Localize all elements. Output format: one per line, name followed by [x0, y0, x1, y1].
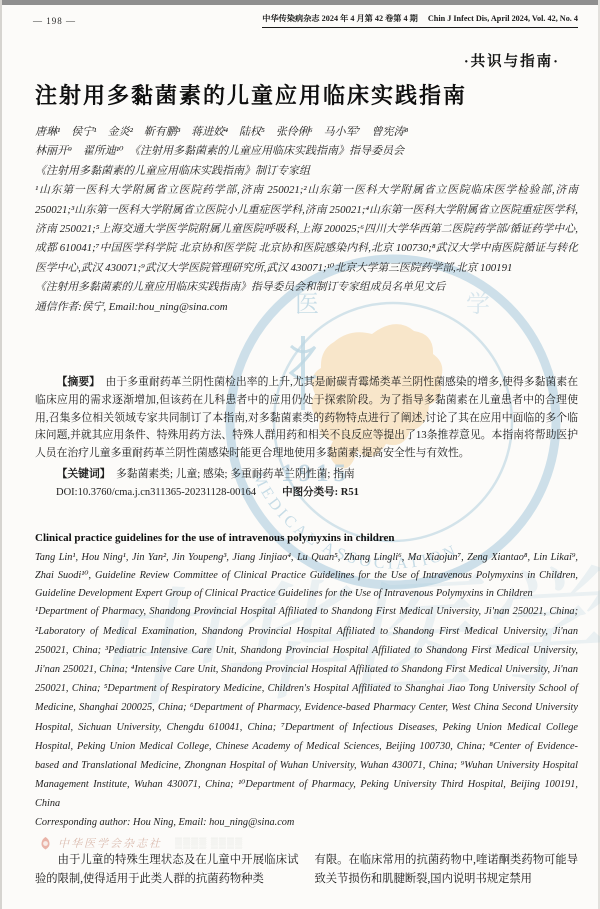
affiliations-cn: ¹山东第一医科大学附属省立医院药学部,济南 250021;²山东第一医科大学附属…: [35, 181, 578, 278]
authors-cn-line2: 林丽开⁹ 翟所迪¹⁰ 《注射用多黏菌素的儿童应用临床实践指南》指导委员会: [35, 142, 578, 161]
doi-text: DOI:10.3760/cma.j.cn311365-20231128-0016…: [56, 487, 256, 498]
article-title-en: Clinical practice guidelines for the use…: [35, 530, 578, 546]
chinese-front-matter: 唐琳¹ 侯宁¹ 金炎² 靳有鹏³ 蒋进姣⁴ 陆权⁵ 张伶俐⁶ 马小军⁷ 曾宪涛⁸…: [35, 123, 578, 317]
publisher-ghost-mark: ▒▒▒▒ ▒▒▒▒: [175, 838, 243, 849]
publisher-watermark: 中华医学会杂志社 ▒▒▒▒ ▒▒▒▒: [38, 835, 243, 851]
page-number: — 198 —: [33, 13, 76, 26]
journal-page: 医 学 1915 MEDICAL ASSOCIATION 中华医学会 — 198…: [0, 0, 600, 909]
abstract-label: 【摘要】: [57, 376, 95, 388]
abstract-text: 由于多重耐药革兰阴性菌检出率的上升,尤其是耐碳青霉烯类革兰阴性菌感染的增多,使得…: [35, 376, 578, 459]
keywords-label: 【关键词】: [57, 468, 106, 480]
article-title-cn: 注射用多黏菌素的儿童应用临床实践指南: [35, 79, 467, 110]
body-columns: 由于儿童的特殊生理状态及在儿童中开展临床试验的限制,使得适用于此类人群的抗菌药物…: [35, 851, 578, 889]
affiliations-en: ¹Department of Pharmacy, Shandong Provin…: [35, 602, 578, 813]
scan-edge-top: [0, 0, 600, 5]
publisher-logo-icon: [38, 836, 53, 851]
keywords-text: 多黏菌素类; 儿童; 感染; 多重耐药革兰阴性菌; 指南: [116, 468, 355, 480]
journal-title-cn: 中华传染病杂志 2024 年 4 月第 42 卷第 4 期: [262, 14, 418, 23]
authors-en: Tang Lin¹, Hou Ning¹, Jin Yan², Jin Youp…: [35, 549, 578, 602]
clc-number: 中图分类号: R51: [282, 487, 359, 498]
publisher-script-text: 中华医学会杂志社: [58, 835, 162, 851]
corresponding-author-en: Corresponding author: Hou Ning, Email: h…: [35, 814, 578, 832]
body-paragraph-left: 由于儿童的特殊生理状态及在儿童中开展临床试验的限制,使得适用于此类人群的抗菌药物…: [35, 851, 299, 889]
english-front-matter: Clinical practice guidelines for the use…: [35, 530, 578, 832]
keywords-line: 【关键词】 多黏菌素类; 儿童; 感染; 多重耐药革兰阴性菌; 指南: [35, 465, 578, 483]
authors-cn-line1: 唐琳¹ 侯宁¹ 金炎² 靳有鹏³ 蒋进姣⁴ 陆权⁵ 张伶俐⁶ 马小军⁷ 曾宪涛⁸: [35, 123, 578, 142]
abstract-paragraph: 【摘要】 由于多重耐药革兰阴性菌检出率的上升,尤其是耐碳青霉烯类革兰阴性菌感染的…: [35, 374, 578, 463]
body-column-left: 由于儿童的特殊生理状态及在儿童中开展临床试验的限制,使得适用于此类人群的抗菌药物…: [35, 851, 299, 889]
journal-masthead: 中华传染病杂志 2024 年 4 月第 42 卷第 4 期Chin J Infe…: [262, 13, 578, 28]
authors-cn-line3: 《注射用多黏菌素的儿童应用临床实践指南》制订专家组: [35, 162, 578, 181]
scan-edge-left: [0, 0, 2, 909]
member-list-note: 《注射用多黏菌素的儿童应用临床实践指南》指导委员会和制订专家组成员名单见文后: [35, 278, 578, 297]
section-label: ·共识与指南·: [464, 50, 560, 71]
page-header: — 198 — 中华传染病杂志 2024 年 4 月第 42 卷第 4 期Chi…: [33, 13, 578, 28]
journal-title-en: Chin J Infect Dis, April 2024, Vol. 42, …: [428, 14, 578, 23]
doi-line: DOI:10.3760/cma.j.cn311365-20231128-0016…: [35, 484, 578, 502]
body-column-right: 有限。在临床常用的抗菌药物中,喹诺酮类药物可能导致关节损伤和肌腱断裂,国内说明书…: [315, 851, 579, 889]
body-paragraph-right: 有限。在临床常用的抗菌药物中,喹诺酮类药物可能导致关节损伤和肌腱断裂,国内说明书…: [315, 851, 579, 889]
corresponding-author-cn: 通信作者:侯宁, Email:hou_ning@sina.com: [35, 298, 578, 317]
abstract-section: 【摘要】 由于多重耐药革兰阴性菌检出率的上升,尤其是耐碳青霉烯类革兰阴性菌感染的…: [35, 374, 578, 502]
